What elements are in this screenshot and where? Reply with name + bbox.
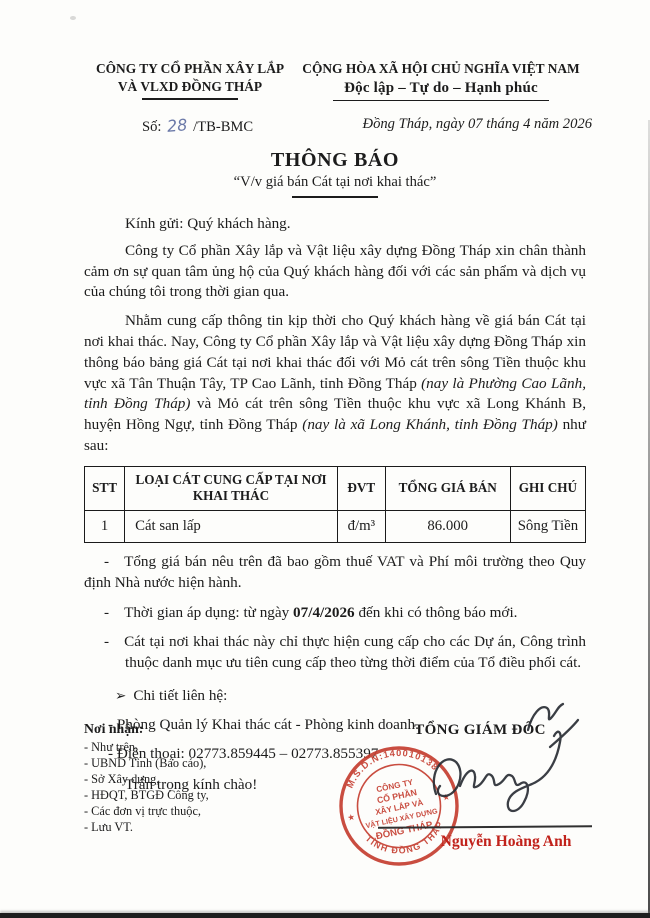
note-vat: -Tổng giá bán nêu trên đã bao gồm thuế V…: [84, 552, 586, 594]
document-number-suffix: /TB-BMC: [193, 119, 253, 135]
company-name-line1: CÔNG TY CỔ PHẦN XÂY LẮP: [84, 60, 296, 78]
col-header-loai-cat: LOẠI CÁT CUNG CẤP TẠI NƠI KHAI THÁC: [125, 466, 338, 510]
recipient-item: - Lưu VT.: [84, 820, 209, 836]
recipients-block: Nơi nhận: - Như trên,- UBND Tỉnh (Báo cá…: [84, 721, 209, 836]
price-table-cell: Cát san lấp: [125, 510, 338, 542]
recipient-item: - HĐQT, BTGĐ Công ty,: [84, 788, 209, 804]
document-subheader: Số: 28 /TB-BMC Đồng Tháp, ngày 07 tháng …: [84, 116, 586, 136]
document-number: Số: 28 /TB-BMC: [142, 116, 253, 136]
handwritten-signature: [400, 702, 610, 852]
contact-heading-text: Chi tiết liên hệ:: [133, 687, 227, 704]
recipient-item: - Như trên,: [84, 740, 209, 756]
price-table-body: 1Cát san lấpđ/m³86.000Sông Tiền: [85, 510, 586, 542]
document-header: CÔNG TY CỔ PHẦN XÂY LẮP VÀ VLXD ĐỒNG THÁ…: [84, 60, 586, 101]
document-number-handwritten: 28: [164, 115, 190, 136]
document-title: THÔNG BÁO: [84, 149, 586, 172]
col-header-ghi-chu: GHI CHÚ: [510, 466, 585, 510]
scan-edge-bottom: [0, 913, 650, 918]
national-header-block: CỘNG HÒA XÃ HỘI CHỦ NGHĨA VIỆT NAM Độc l…: [296, 60, 586, 101]
title-block: THÔNG BÁO “V/v giá bán Cát tại nơi khai …: [84, 149, 586, 198]
note-priority-text: Cát tại nơi khai thác này chỉ thực hiện …: [124, 633, 586, 671]
document-subtitle: “V/v giá bán Cát tại nơi khai thác”: [84, 174, 586, 191]
company-underline: [142, 98, 238, 100]
recipient-item: - Các đơn vị trực thuộc,: [84, 804, 209, 820]
col-header-stt: STT: [85, 466, 125, 510]
scan-artifact-speck: [70, 16, 76, 20]
note-bullet: -: [104, 604, 109, 621]
note-priority: -Cát tại nơi khai thác này chỉ thực hiện…: [84, 632, 586, 674]
note-bullet: -: [104, 553, 109, 570]
col-header-dvt: ĐVT: [338, 466, 386, 510]
national-motto: Độc lập – Tự do – Hạnh phúc: [296, 80, 586, 97]
company-name-line2: VÀ VLXD ĐỒNG THÁP: [84, 78, 296, 96]
arrow-bullet-icon: ➢: [115, 688, 126, 703]
price-table: STT LOẠI CÁT CUNG CẤP TẠI NƠI KHAI THÁC …: [84, 466, 586, 543]
recipients-title: Nơi nhận:: [84, 721, 209, 737]
note-vat-text: Tổng giá bán nêu trên đã bao gồm thuế VA…: [84, 553, 586, 591]
motto-underline: [333, 100, 549, 102]
note-bullet: -: [104, 633, 109, 650]
signing-block: Nơi nhận: - Như trên,- UBND Tỉnh (Báo cá…: [0, 716, 650, 916]
price-table-row: 1Cát san lấpđ/m³86.000Sông Tiền: [85, 510, 586, 542]
note-effective-date-text: Thời gian áp dụng: từ ngày 07/4/2026 đến…: [124, 604, 517, 621]
price-table-cell: đ/m³: [338, 510, 386, 542]
price-table-cell: Sông Tiền: [510, 510, 585, 542]
company-name-block: CÔNG TY CỔ PHẦN XÂY LẮP VÀ VLXD ĐỒNG THÁ…: [84, 60, 296, 101]
document-number-label: Số:: [142, 119, 161, 135]
title-underline: [292, 196, 378, 198]
signer-name: Nguyễn Hoàng Anh: [418, 833, 594, 851]
document-content: CÔNG TY CỔ PHẦN XÂY LẮP VÀ VLXD ĐỒNG THÁ…: [84, 60, 586, 794]
recipients-list: - Như trên,- UBND Tỉnh (Báo cáo),- Sở Xâ…: [84, 740, 209, 836]
price-table-cell: 86.000: [385, 510, 510, 542]
paragraph-announcement: Nhằm cung cấp thông tin kịp thời cho Quý…: [84, 311, 586, 457]
price-table-cell: 1: [85, 510, 125, 542]
price-table-header-row: STT LOẠI CÁT CUNG CẤP TẠI NƠI KHAI THÁC …: [85, 466, 586, 510]
col-header-tong-gia-ban: TỔNG GIÁ BÁN: [385, 466, 510, 510]
paragraph-thanks: Công ty Cổ phần Xây lắp và Vật liệu xây …: [84, 241, 586, 303]
date-place-line: Đồng Tháp, ngày 07 tháng 4 năm 2026: [363, 116, 592, 136]
seal-star-left-icon: ★: [346, 811, 356, 822]
national-title: CỘNG HÒA XÃ HỘI CHỦ NGHĨA VIỆT NAM: [296, 60, 586, 78]
salutation: Kính gửi: Quý khách hàng.: [125, 215, 586, 233]
note-effective-date: -Thời gian áp dụng: từ ngày 07/4/2026 đế…: [84, 603, 586, 624]
recipient-item: - Sở Xây dựng,: [84, 772, 209, 788]
scanned-document-page: CÔNG TY CỔ PHẦN XÂY LẮP VÀ VLXD ĐỒNG THÁ…: [0, 0, 650, 918]
recipient-item: - UBND Tỉnh (Báo cáo),: [84, 756, 209, 772]
